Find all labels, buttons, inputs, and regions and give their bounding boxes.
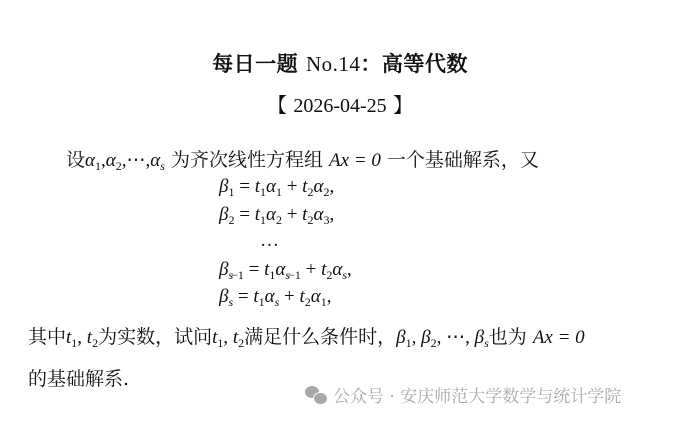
- equation-s: βs = t1αs + t2α1,: [219, 286, 332, 308]
- date-label: 【 2026-04-25 】: [0, 89, 680, 118]
- wechat-icon: [305, 386, 327, 404]
- equation-2: β2 = t1α2 + t2α3,: [219, 204, 334, 226]
- problem-question: 其中t1, t2为实数，试问t1, t2满足什么条件时，β1, β2, ⋯, β…: [28, 322, 585, 349]
- problem-question-end: 的基础解系.: [28, 364, 129, 391]
- system-equation: Ax = 0: [329, 150, 381, 171]
- equation-1: β1 = t1α1 + t2α2,: [219, 176, 334, 198]
- page-title: 每日一题 No.14：高等代数: [0, 48, 680, 78]
- watermark-text: 公众号 · 安庆师范大学数学与统计学院: [333, 382, 621, 407]
- problem-intro: 设α1,α2,⋯,αs 为齐次线性方程组 Ax = 0 一个基础解系，又: [66, 145, 539, 172]
- equation-dots: …: [260, 230, 279, 252]
- watermark: 公众号 · 安庆师范大学数学与统计学院: [305, 382, 621, 407]
- equation-s-minus-1: βs−1 = t1αs−1 + t2αs,: [219, 259, 352, 281]
